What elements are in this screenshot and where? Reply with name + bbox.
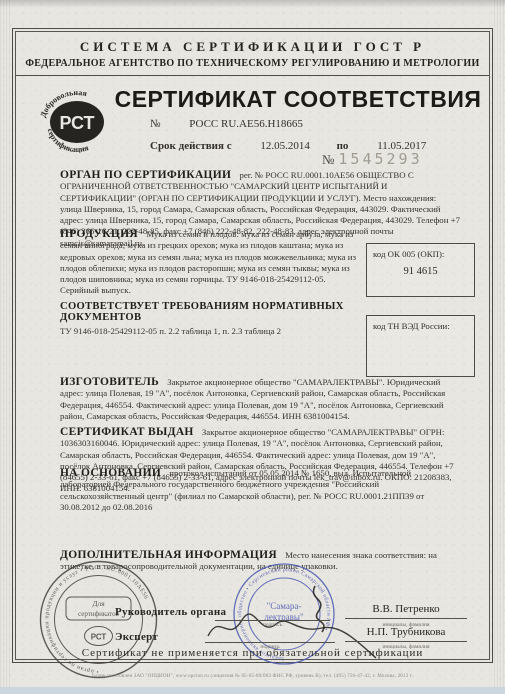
validity-from-date: 12.05.2014 bbox=[260, 140, 310, 152]
expert-signature-line bbox=[205, 626, 335, 643]
manufacturer-label: ИЗГОТОВИТЕЛЬ bbox=[60, 376, 159, 388]
tnved-code-label: код ТН ВЭД России: bbox=[367, 316, 474, 331]
certificate-title: СЕРТИФИКАТ СООТВЕТСТВИЯ bbox=[112, 86, 484, 113]
head-of-body-label: Руководитель органа bbox=[115, 606, 226, 618]
certificate-header: СИСТЕМА СЕРТИФИКАЦИИ ГОСТ Р ФЕДЕРАЛЬНОЕ … bbox=[16, 31, 489, 76]
issued-to-label: СЕРТИФИКАТ ВЫДАН bbox=[60, 426, 194, 438]
product-label: ПРОДУКЦИЯ bbox=[60, 228, 138, 240]
okp-code-box: код ОК 005 (ОКП): 91 4615 bbox=[366, 243, 475, 297]
scan-edge-top bbox=[0, 0, 505, 8]
scan-edge-right bbox=[494, 0, 505, 694]
expert-label: Эксперт bbox=[115, 631, 158, 643]
section-additional-info: ДОПОЛНИТЕЛЬНАЯ ИНФОРМАЦИЯ Место нанесени… bbox=[60, 550, 460, 573]
blank-number: №1545293 bbox=[322, 150, 423, 169]
number-sign: № bbox=[150, 118, 161, 130]
section-normative-docs: СООТВЕТСТВУЕТ ТРЕБОВАНИЯМ НОРМАТИВНЫХ ДО… bbox=[60, 301, 365, 337]
additional-info-label: ДОПОЛНИТЕЛЬНАЯ ИНФОРМАЦИЯ bbox=[60, 549, 277, 561]
validity-from-label: с bbox=[227, 140, 232, 152]
section-manufacturer: ИЗГОТОВИТЕЛЬ Закрытое акционерное общест… bbox=[60, 377, 462, 422]
scan-edge-left bbox=[0, 0, 10, 694]
head-signature-line bbox=[215, 603, 330, 621]
rst-mark: РСТ bbox=[59, 113, 94, 133]
expert-name: Н.П. Трубникова bbox=[345, 626, 467, 642]
agency-title: ФЕДЕРАЛЬНОЕ АГЕНТСТВО ПО ТЕХНИЧЕСКОМУ РЕ… bbox=[16, 58, 489, 69]
system-title: СИСТЕМА СЕРТИФИКАЦИИ ГОСТ Р bbox=[16, 39, 489, 55]
blank-manufacturer-fine-print: Бланк изготовлен ЗАО "ОПЦИОН", www.opcio… bbox=[60, 674, 445, 679]
voluntary-certification-logo: Добровольная сертификация РСТ bbox=[38, 84, 116, 158]
blank-number-sign: № bbox=[322, 152, 334, 167]
basis-label: НА ОСНОВАНИИ bbox=[60, 467, 161, 479]
head-name: В.В. Петренко bbox=[345, 603, 467, 619]
certificate-page: СИСТЕМА СЕРТИФИКАЦИИ ГОСТ Р ФЕДЕРАЛЬНОЕ … bbox=[0, 0, 505, 694]
certification-body-label: ОРГАН ПО СЕРТИФИКАЦИИ bbox=[60, 169, 231, 181]
scan-edge-bottom bbox=[0, 687, 505, 694]
certificate-number-value: РОСС RU.АЕ56.Н18665 bbox=[189, 118, 303, 130]
certificate-number: № РОСС RU.АЕ56.Н18665 bbox=[150, 118, 303, 130]
section-basis: НА ОСНОВАНИИ протокол испытаний от 05.05… bbox=[60, 468, 462, 513]
blank-number-digits: 1545293 bbox=[338, 150, 422, 168]
footer-note: Сертификат не применяется при обязательн… bbox=[16, 647, 489, 659]
tnved-code-box: код ТН ВЭД России: bbox=[366, 315, 475, 377]
validity-label: Срок действия bbox=[150, 140, 224, 152]
okp-code-label: код ОК 005 (ОКП): bbox=[367, 244, 474, 259]
okp-code-value: 91 4615 bbox=[367, 266, 474, 277]
section-product: ПРОДУКЦИЯ Мука из семян и плодов: мука и… bbox=[60, 229, 361, 297]
normative-docs-text: ТУ 9146-018-25429112-05 п. 2.2 таблица 1… bbox=[60, 326, 365, 337]
normative-docs-label: СООТВЕТСТВУЕТ ТРЕБОВАНИЯМ НОРМАТИВНЫХ ДО… bbox=[60, 301, 344, 323]
